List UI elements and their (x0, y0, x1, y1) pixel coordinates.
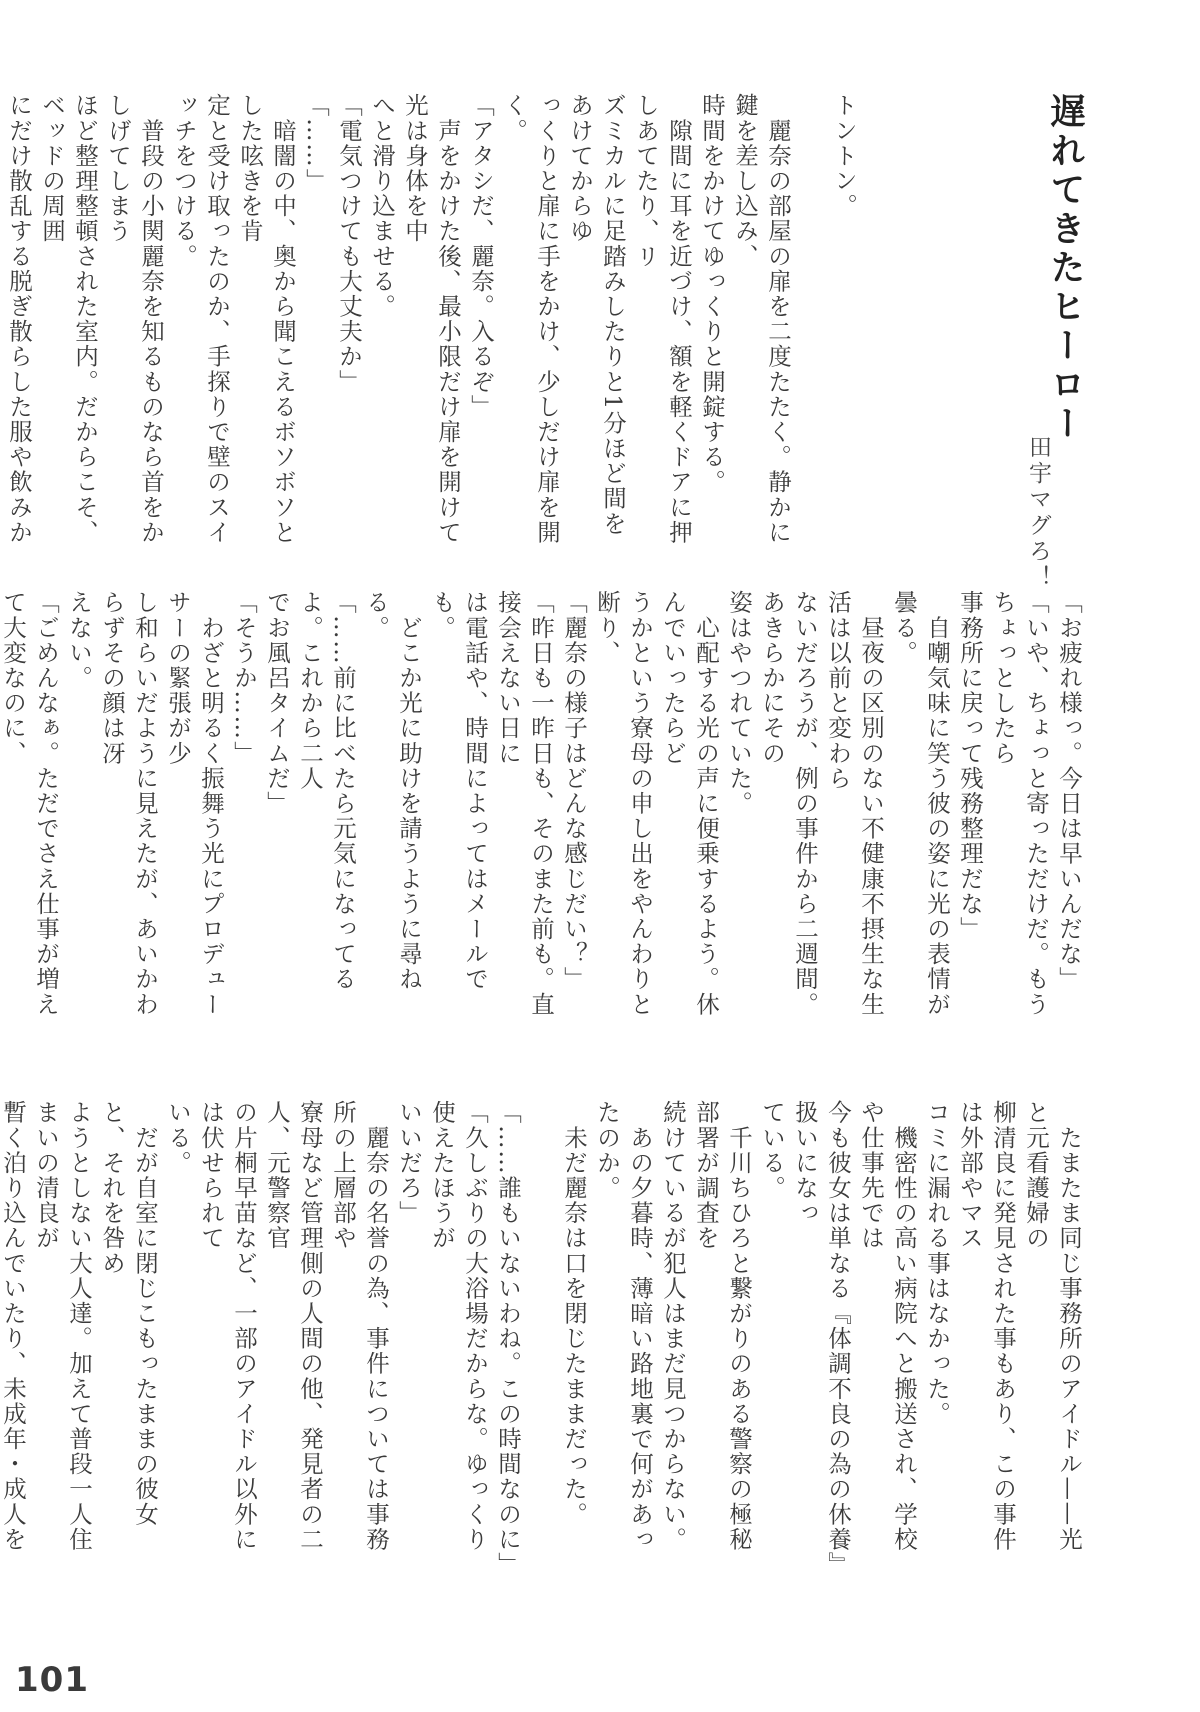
text-line: コミに漏れる事はなかった。 (920, 1100, 953, 1570)
text-line: の片桐早苗など、一部のアイドル以外には伏せられて (194, 1100, 260, 1570)
text-line: 麗奈の名誉の為、事件については事務所の上層部や (326, 1100, 392, 1570)
text-line: 「アタシだ、麗奈。入るぞ」 (464, 93, 497, 553)
text-line: 隙間に耳を近づけ、額を軽くドアに押しあてたり、リ (629, 93, 695, 553)
text-line: 事務所に戻って残務整理だな」 (953, 590, 986, 1040)
page-number: 101 (15, 1660, 89, 1700)
text-line: 千川ちひろと繋がりのある警察の極秘部署が調査を (689, 1100, 755, 1570)
text-line: 未だ麗奈は口を閉じたままだった。 (557, 1100, 590, 1570)
text-line: でお風呂タイムだ」 (260, 590, 293, 1040)
text-line: 声をかけた後、最小限だけ扉を開けて光は身体を中 (398, 93, 464, 553)
text-line: うかという寮母の申し出をやんわりと断り、 (590, 590, 656, 1040)
text-line: 「……前に比べたら元気になってるよ。これから二人 (293, 590, 359, 1040)
text-line: へと滑り込ませる。 (365, 93, 398, 553)
text-line: 姿はやつれていた。 (722, 590, 755, 1040)
text-line: は電話や、時間によってはメールでも。 (425, 590, 491, 1040)
text-line: ている。 (755, 1100, 788, 1570)
text-line: っくりと扉に手をかけ、少しだけ扉を開く。 (497, 93, 563, 553)
text-line: いる。 (161, 1100, 194, 1570)
text-line: 時間をかけてゆっくりと開錠する。 (695, 93, 728, 553)
text-line: 「……誰もいないわね。この時間なのに」 (491, 1100, 524, 1570)
text-line: ズミカルに足踏みしたりと1分ほど間をあけてからゆ (563, 93, 629, 553)
text-line: だが自室に閉じこもったままの彼女と、それを咎め (95, 1100, 161, 1570)
text-line: 「昨日も一昨日も、そのまた前も。直接会えない日に (491, 590, 557, 1040)
text-line: 昼夜の区別のない不健康不摂生な生活は以前と変わら (821, 590, 887, 1040)
text-line: トントン。 (827, 93, 860, 553)
text-line: 機密性の高い病院へと搬送され、学校や仕事先では (854, 1100, 920, 1570)
text-line: 普段の小関麗奈を知るものなら首をかしげてしまう (101, 93, 167, 553)
text-line: 暗闇の中、奥から聞こえるボソボソとした呟きを肯 (233, 93, 299, 553)
text-line: いいだろ」 (392, 1100, 425, 1570)
text-line: 柳清良に発見された事もあり、この事件は外部やマス (953, 1100, 1019, 1570)
text-line: 寮母など管理側の人間の他、発見者の二人、元警察官 (260, 1100, 326, 1570)
text-line: 「いや、ちょっと寄っただけだ。もうちょっとしたら (986, 590, 1052, 1040)
section-break (794, 93, 827, 553)
text-line: 「電気つけても大丈夫か」 (332, 93, 365, 553)
text-line: 暫く泊り込んでいたり、未成年・成人を問わず、単独 (0, 1100, 29, 1570)
text-line: ほど整理整頓された室内。だからこそ、ベッドの周囲 (35, 93, 101, 553)
story-author: 田宇マグろ！ (1022, 435, 1055, 591)
text-line: 麗奈の部屋の扉を二度たたく。静かに鍵を差し込み、 (728, 93, 794, 553)
text-line: し和らいだように見えたが、あいかわらずその顔は冴 (95, 590, 161, 1040)
text-line: 定と受け取ったのか、手探りで壁のスイッチをつける。 (167, 93, 233, 553)
text-tier-bottom: たまたま同じ事務所のアイドル——光と元看護婦の柳清良に発見された事もあり、この事… (160, 1100, 1085, 1570)
text-line: 続けているが犯人はまだ見つからない。 (656, 1100, 689, 1570)
text-line: 「……」 (299, 93, 332, 553)
text-line: 今も彼女は単なる『体調不良の為の休養』扱いになっ (788, 1100, 854, 1570)
text-line: 「ごめんなぁ。ただでさえ仕事が増えて大変なのに、 (0, 590, 62, 1040)
text-tier-top: トントン。 麗奈の部屋の扉を二度たたく。静かに鍵を差し込み、時間をかけてゆっくり… (100, 93, 860, 553)
section-break (524, 1100, 557, 1570)
text-line: 「お疲れ様っ。今日は早いんだな」 (1052, 590, 1085, 1040)
text-line: たまたま同じ事務所のアイドル——光と元看護婦の (1019, 1100, 1085, 1570)
text-line: ようとしない大人達。加えて普段一人住まいの清良が (29, 1100, 95, 1570)
text-line: にだけ散乱する脱ぎ散らした服や飲みかけのペットボ (0, 93, 35, 553)
text-line: 自嘲気味に笑う彼の姿に光の表情が曇る。 (887, 590, 953, 1040)
text-line: 「麗奈の様子はどんな感じだい？」 (557, 590, 590, 1040)
text-line: どこか光に助けを請うように尋ねる。 (359, 590, 425, 1040)
text-line: わざと明るく振舞う光にプロデューサーの緊張が少 (161, 590, 227, 1040)
text-tier-middle: 「お疲れ様っ。今日は早いんだな」「いや、ちょっと寄っただけだ。もうちょっとしたら… (115, 590, 1085, 1040)
text-line: 「久しぶりの大浴場だからな。ゆっくり使えたほうが (425, 1100, 491, 1570)
text-line: 「そうか……」 (227, 590, 260, 1040)
text-line: ないだろうが、例の事件から二週間。あきらかにその (755, 590, 821, 1040)
text-line: 心配する光の声に便乗するよう。休んでいったらど (656, 590, 722, 1040)
text-line: えない。 (62, 590, 95, 1040)
text-line: あの夕暮時、薄暗い路地裏で何があったのか。 (590, 1100, 656, 1570)
